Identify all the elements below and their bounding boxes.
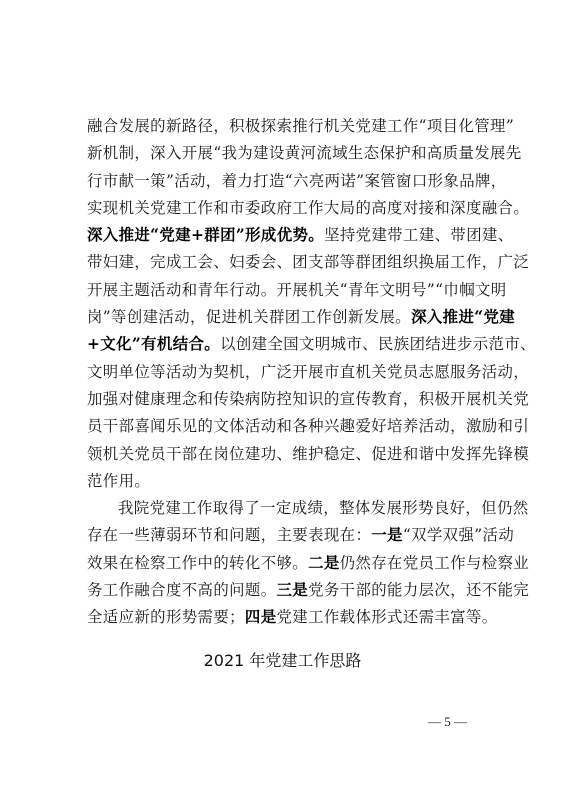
bold-text: +文化”有机结合。 (87, 335, 220, 353)
text-line: 行市献一策”活动，着力打造“六亮两诺”案管窗口形象品牌， (87, 168, 479, 195)
text-line: 实现机关党建工作和市委政府工作大局的高度对接和深度融合。 (87, 195, 479, 222)
paragraph: 我院党建工作取得了一定成绩，整体发展形势良好，但仍然存在一些薄弱环节和问题，主要… (87, 495, 479, 631)
text-line: 领机关党员干部在岗位建功、维护稳定、促进和谐中发挥先锋模 (87, 441, 479, 468)
text-run: 务工作融合度不高的问题。 (87, 581, 277, 599)
text-run: 文明单位等活动为契机，广泛开展市直机关党员志愿服务活动， (87, 363, 529, 381)
bold-text: 三是 (277, 581, 309, 599)
body-text: 融合发展的新路径，积极探索推行机关党建工作“项目化管理”新机制，深入开展“我为建… (87, 113, 479, 632)
text-run: “双学双强”活动 (403, 526, 514, 544)
text-run: 加强对健康理念和传染病防控知识的宣传教育，积极开展机关党 (87, 390, 529, 408)
text-run: 范作用。 (87, 472, 150, 490)
text-run: 仍然存在党员工作与检察业 (340, 554, 530, 572)
bold-text: 一是 (371, 526, 403, 544)
text-run: 带妇建，完成工会、妇委会、团支部等群团组织换届工作，广泛 (87, 253, 529, 271)
bold-text: 二是 (308, 554, 340, 572)
text-run: 全适应新的形势需要； (87, 608, 245, 626)
text-line: 开展主题活动和青年行动。开展机关“青年文明号”“巾帼文明 (87, 277, 479, 304)
text-line: 效果在检察工作中的转化不够。二是仍然存在党员工作与检察业 (87, 550, 479, 577)
text-run: 融合发展的新路径，积极探索推行机关党建工作“项目化管理” (87, 117, 514, 135)
text-run: 坚持党建带工建、带团建、 (324, 226, 514, 244)
text-run: 存在一些薄弱环节和问题，主要表现在： (87, 526, 371, 544)
text-line: 务工作融合度不高的问题。三是党务干部的能力层次，还不能完 (87, 577, 479, 604)
text-line: 存在一些薄弱环节和问题，主要表现在：一是“双学双强”活动 (87, 522, 479, 549)
text-line: +文化”有机结合。以创建全国文明城市、民族团结进步示范市、 (87, 331, 479, 358)
text-run: 岗”等创建活动，促进机关群团工作创新发展。 (87, 308, 411, 326)
text-run: 效果在检察工作中的转化不够。 (87, 554, 308, 572)
text-run: 开展主题活动和青年行动。开展机关“青年文明号”“巾帼文明 (87, 281, 507, 299)
text-line: 加强对健康理念和传染病防控知识的宣传教育，积极开展机关党 (87, 386, 479, 413)
text-line: 员干部喜闻乐见的文体活动和各种兴趣爱好培养活动，激励和引 (87, 413, 479, 440)
text-line: 岗”等创建活动，促进机关群团工作创新发展。深入推进“党建 (87, 304, 479, 331)
bold-text: 四是 (245, 608, 277, 626)
text-run: 我院党建工作取得了一定成绩，整体发展形势良好，但仍然 (118, 499, 529, 517)
section-heading: 2021 年党建工作思路 (0, 648, 565, 671)
text-line: 全适应新的形势需要；四是党建工作载体形式还需丰富等。 (87, 604, 479, 631)
text-line: 范作用。 (87, 468, 479, 495)
bold-text: 深入推进“党建 (411, 308, 515, 326)
text-run: 实现机关党建工作和市委政府工作大局的高度对接和深度融合。 (87, 199, 529, 217)
text-line: 融合发展的新路径，积极探索推行机关党建工作“项目化管理” (87, 113, 479, 140)
document-page: 融合发展的新路径，积极探索推行机关党建工作“项目化管理”新机制，深入开展“我为建… (0, 0, 565, 800)
text-run: 以创建全国文明城市、民族团结进步示范市、 (220, 335, 536, 353)
bold-text: 深入推进“党建+群团”形成优势。 (87, 226, 324, 244)
paragraph: 融合发展的新路径，积极探索推行机关党建工作“项目化管理”新机制，深入开展“我为建… (87, 113, 479, 495)
text-line: 深入推进“党建+群团”形成优势。坚持党建带工建、带团建、 (87, 222, 479, 249)
page-number: — 5 — (428, 714, 467, 730)
text-run: 新机制，深入开展“我为建设黄河流域生态保护和高质量发展先 (87, 144, 522, 162)
text-run: 党务干部的能力层次，还不能完 (308, 581, 529, 599)
text-line: 我院党建工作取得了一定成绩，整体发展形势良好，但仍然 (87, 495, 479, 522)
text-run: 员干部喜闻乐见的文体活动和各种兴趣爱好培养活动，激励和引 (87, 417, 529, 435)
text-line: 文明单位等活动为契机，广泛开展市直机关党员志愿服务活动， (87, 359, 479, 386)
text-run: 行市献一策”活动，着力打造“六亮两诺”案管窗口形象品牌， (87, 172, 507, 190)
text-line: 新机制，深入开展“我为建设黄河流域生态保护和高质量发展先 (87, 140, 479, 167)
text-run: 领机关党员干部在岗位建功、维护稳定、促进和谐中发挥先锋模 (87, 445, 529, 463)
text-line: 带妇建，完成工会、妇委会、团支部等群团组织换届工作，广泛 (87, 249, 479, 276)
text-run: 党建工作载体形式还需丰富等。 (277, 608, 498, 626)
